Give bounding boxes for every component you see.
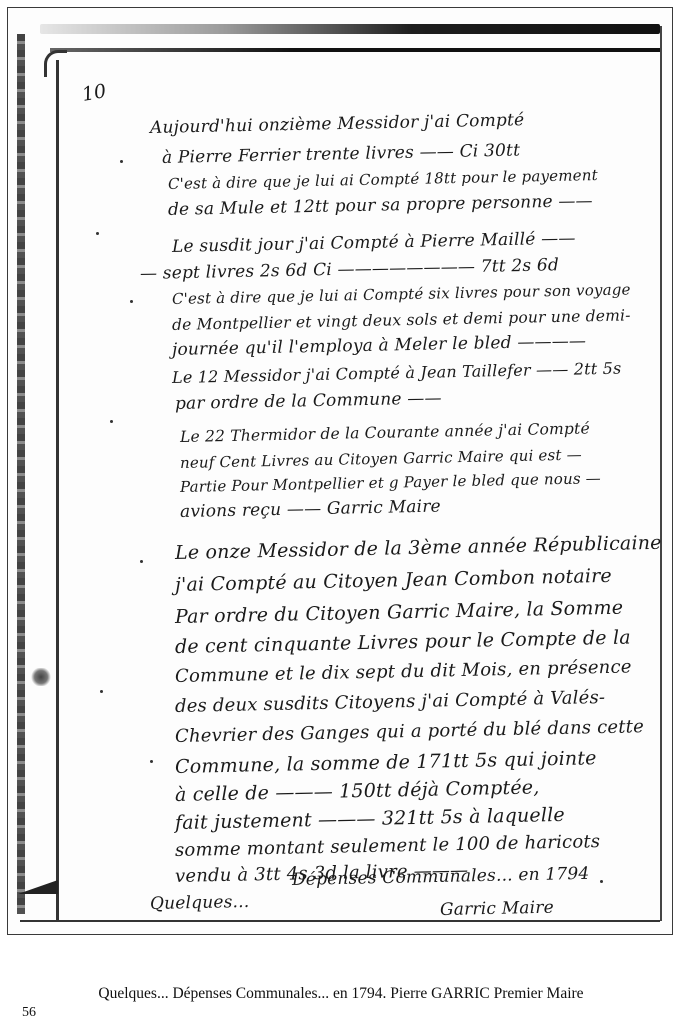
- manuscript-line: avions reçu —— Garric Maire: [180, 497, 441, 522]
- manuscript-line: Le onze Messidor de la 3ème année Républ…: [175, 532, 662, 564]
- page-number: 56: [22, 1005, 36, 1021]
- ink-speck: [130, 300, 133, 303]
- manuscript-line: Le 12 Messidor j'ai Compté à Jean Taille…: [172, 359, 622, 387]
- manuscript-line: Aujourd'hui onzième Messidor j'ai Compté: [150, 110, 525, 138]
- manuscript-line: fait justement ——— 321tt 5s à laquelle: [175, 804, 565, 834]
- manuscript-line: — sept livres 2s 6d Ci ———————— 7tt 2s 6…: [140, 255, 559, 284]
- ink-speck: [100, 690, 103, 693]
- manuscript-line: de Montpellier et vingt deux sols et dem…: [172, 306, 631, 334]
- manuscript-line: des deux susdits Citoyens j'ai Compté à …: [175, 687, 606, 717]
- manuscript-line: Partie Pour Montpellier et g Payer le bl…: [180, 469, 601, 496]
- manuscript-line: à Pierre Ferrier trente livres —— Ci 30t…: [162, 141, 521, 168]
- manuscript-line: de sa Mule et 12tt pour sa propre person…: [168, 191, 593, 220]
- folio-number: 10: [80, 80, 108, 106]
- manuscript-line: par ordre de la Commune ——: [175, 388, 442, 414]
- manuscript-line: Par ordre du Citoyen Garric Maire, la So…: [175, 597, 624, 628]
- ink-speck: [150, 760, 153, 763]
- manuscript-line: Le 22 Thermidor de la Courante année j'a…: [180, 419, 590, 446]
- manuscript-line: neuf Cent Livres au Citoyen Garric Maire…: [180, 446, 582, 472]
- manuscript-line: journée qu'il l'employa à Meler le bled …: [172, 331, 587, 360]
- manuscript-line: de cent cinquante Livres pour le Compte …: [175, 626, 631, 658]
- manuscript-line: à celle de ——— 150tt déjà Comptée,: [175, 776, 540, 806]
- manuscript-line: C'est à dire que je lui ai Compté 18tt p…: [168, 166, 598, 193]
- manuscript-line: somme montant seulement le 100 de harico…: [175, 831, 601, 861]
- ink-speck: [110, 420, 113, 423]
- manuscript-line: Commune, la somme de 171tt 5s qui jointe: [175, 747, 597, 778]
- manuscript-text: 10 Aujourd'hui onzième Messidor j'ai Com…: [0, 0, 682, 935]
- manuscript-line: Chevrier des Ganges qui a porté du blé d…: [175, 716, 644, 747]
- figure-caption: Quelques... Dépenses Communales... en 17…: [0, 985, 682, 1003]
- footer-annotation-left: Quelques...: [150, 892, 250, 914]
- manuscript-line: C'est à dire que je lui ai Compté six li…: [172, 280, 631, 308]
- ink-speck: [120, 160, 123, 163]
- manuscript-line: j'ai Compté au Citoyen Jean Combon notai…: [175, 565, 612, 596]
- mayor-signature: Garric Maire: [440, 898, 554, 920]
- manuscript-line: Commune et le dix sept du dit Mois, en p…: [175, 656, 632, 687]
- ink-speck: [140, 560, 143, 563]
- ink-speck: [600, 880, 603, 883]
- manuscript-line: Le susdit jour j'ai Compté à Pierre Mail…: [172, 229, 576, 257]
- ink-speck: [96, 232, 99, 235]
